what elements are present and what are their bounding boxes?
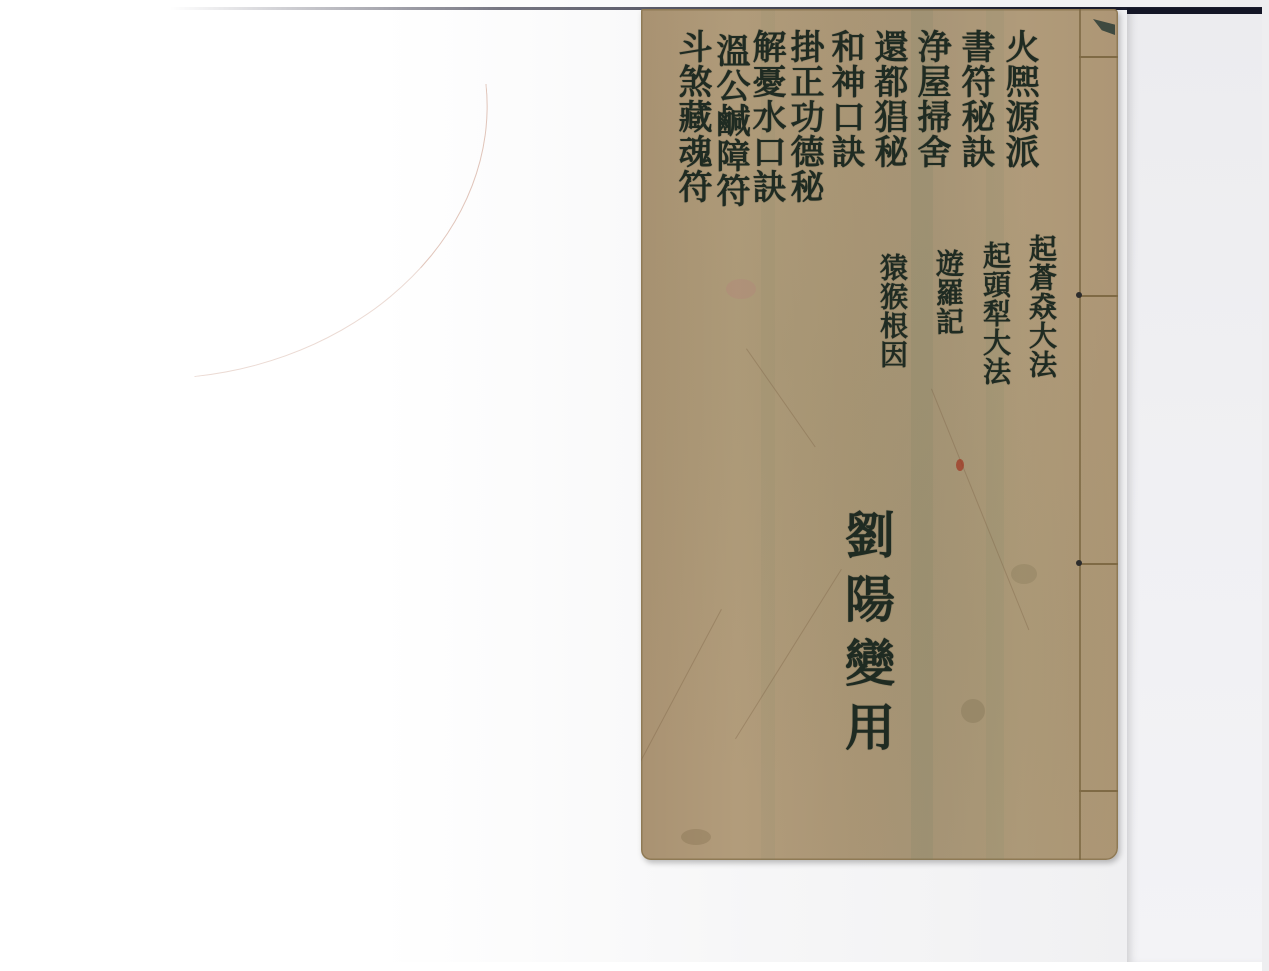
stitch-knot [1076, 560, 1082, 566]
red-stain [956, 459, 964, 471]
secondary-column-1: 起蒼猋大法 [1027, 234, 1055, 379]
paper-crease [931, 389, 1029, 630]
paper-crease [735, 569, 842, 739]
pink-stain [726, 279, 756, 299]
stray-hair-mark [167, 84, 514, 377]
contents-column-7: 解憂水口訣 [749, 29, 783, 204]
contents-column-6: 掛正功德秘 [787, 29, 821, 204]
contents-column-1: 火熈源派 [1002, 29, 1036, 169]
contents-column-5: 和神口訣 [828, 29, 862, 169]
stitch-knot [1076, 292, 1082, 298]
dark-stain [961, 699, 985, 723]
contents-column-4: 還都猖秘 [871, 29, 905, 169]
paper-crease [641, 609, 722, 821]
corner-tab [1093, 19, 1115, 35]
binding-stitch [1079, 790, 1118, 792]
scan-background: 火熈源派 書符秘訣 浄屋掃舍 還都猖秘 和神口訣 掛正功德秘 解憂水口訣 溫公鹹… [0, 0, 1269, 971]
dark-stain [681, 829, 711, 845]
dark-stain [1011, 564, 1037, 584]
book-title: 劉陽變用 [841, 509, 891, 765]
paper-crease [746, 348, 816, 447]
binding-spine-line [1079, 9, 1081, 860]
scanner-right-panel [1127, 8, 1262, 962]
scan-bottom-margin [0, 962, 1262, 971]
contents-column-2: 書符秘訣 [958, 29, 992, 169]
binding-stitch [1079, 56, 1118, 58]
secondary-column-4: 猿猴根因 [878, 253, 906, 369]
contents-column-9: 斗煞藏魂符 [675, 29, 709, 204]
secondary-column-3: 遊羅記 [934, 249, 962, 336]
contents-column-3: 浄屋掃舍 [914, 29, 948, 169]
binding-stitch [1079, 563, 1118, 565]
contents-column-8: 溫公鹹障符 [713, 33, 747, 208]
scanner-panel-top-strip [1127, 8, 1262, 14]
book-cover: 火熈源派 書符秘訣 浄屋掃舍 還都猖秘 和神口訣 掛正功德秘 解憂水口訣 溫公鹹… [641, 9, 1118, 860]
secondary-column-2: 起頭犁大法 [981, 241, 1009, 386]
binding-stitch [1079, 295, 1118, 297]
